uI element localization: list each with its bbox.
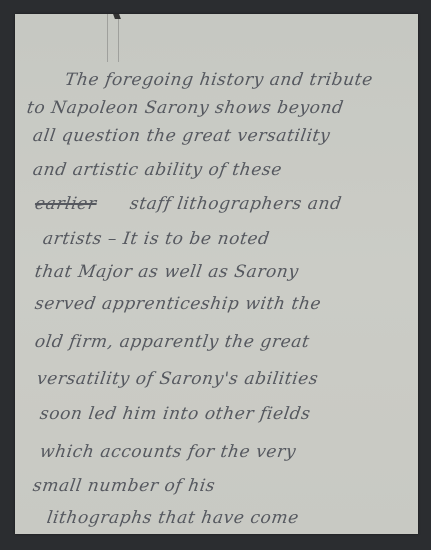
text-line-9: old firm, apparently the great bbox=[34, 332, 311, 352]
text-line-7: that Major as well as Sarony bbox=[34, 262, 300, 282]
struck-word: earlier bbox=[34, 194, 98, 214]
text-line-3: all question the great versatility bbox=[32, 126, 332, 146]
manuscript-page: The foregoing history and tribute to Nap… bbox=[15, 14, 418, 534]
text-line-5: staff lithographers and bbox=[129, 194, 343, 214]
text-line-14: lithographs that have come bbox=[46, 508, 301, 528]
tack-mark bbox=[113, 14, 121, 19]
text-line-12: which accounts for the very bbox=[39, 442, 298, 462]
text-line-4: and artistic ability of these bbox=[32, 160, 284, 180]
fold-line bbox=[118, 14, 119, 62]
text-line-13: small number of his bbox=[32, 476, 217, 496]
text-line-8: served apprenticeship with the bbox=[34, 294, 323, 314]
text-line-2: to Napoleon Sarony shows beyond bbox=[26, 98, 345, 118]
text-line-1: The foregoing history and tribute bbox=[64, 70, 375, 90]
text-line-10: versatility of Sarony's abilities bbox=[36, 369, 320, 389]
fold-line bbox=[107, 14, 108, 62]
text-line-11: soon led him into other fields bbox=[39, 404, 312, 424]
text-line-6: artists – It is to be noted bbox=[42, 229, 271, 249]
